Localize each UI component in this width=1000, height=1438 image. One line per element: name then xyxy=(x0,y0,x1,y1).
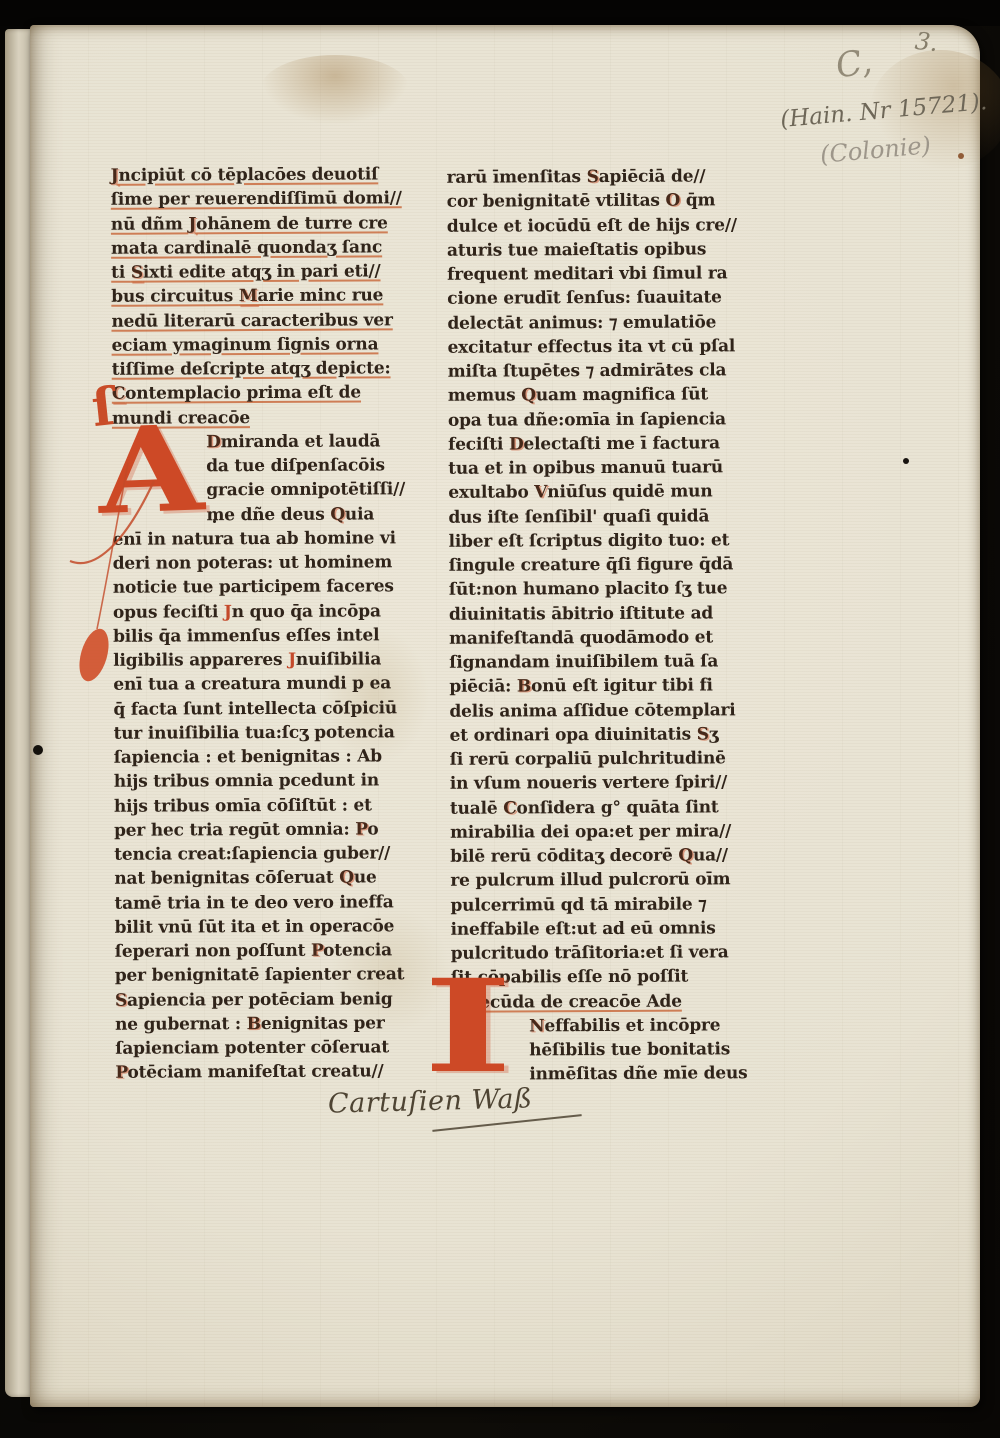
text-line: mata cardinalē quondaʒ ſanc xyxy=(111,235,416,261)
text-line: nū dñm Johānem de turre cre xyxy=(111,211,416,237)
text-line: liber eſt ſcriptus digito tuo: et xyxy=(448,528,753,554)
text-line: tencia creat:ſapiencia guber// xyxy=(114,841,419,867)
page-number-annotation: 3. xyxy=(914,27,940,57)
text-line: excitatur effectus ita vt cū pſal xyxy=(447,334,752,360)
text-line: Jncipiūt cō tēplacōes deuotiſ xyxy=(111,162,416,188)
top-edge-stain xyxy=(260,55,410,125)
text-line: delectāt animus: ⁊ emulatiōe xyxy=(447,310,752,336)
manuscript-page: Jncipiūt cō tēplacōes deuotiſſime per re… xyxy=(30,25,980,1407)
text-line: opa tua dñe:omīa in ſapiencia xyxy=(448,407,753,433)
text-line: me dñe deus Quia xyxy=(206,502,417,527)
inscription-flourish-line xyxy=(432,1114,581,1131)
text-line: ti Sixti edite atqʒ in pari eti// xyxy=(111,259,416,285)
text-line: per hec tria regūt omnia: Po xyxy=(114,817,419,843)
text-line: bus circuitus Marie minc rue xyxy=(111,283,416,309)
ownership-inscription: Cartuſien Waß xyxy=(328,1083,533,1119)
text-line: ſingule creature q̄ſi figure q̄dā xyxy=(449,552,754,578)
ink-speck-dot xyxy=(903,458,909,464)
small-ink-speck xyxy=(213,520,216,523)
text-line: manifeſtandā quodāmodo et xyxy=(449,625,754,651)
text-line: ſit cōpabilis eſſe nō poſſit xyxy=(451,964,756,990)
text-line: Neffabilis et incōpre xyxy=(529,1013,756,1038)
text-line: miſta ſtupētes ⁊ admirātes cla xyxy=(448,358,753,384)
text-line: exultabo Vniūſus quidē mun xyxy=(448,479,753,505)
text-line: pulcritudo trāſitoria:et ſi vera xyxy=(451,940,756,966)
text-line: Potēciam manifeſtat creatu// xyxy=(115,1059,420,1085)
text-line: cione erudīt ſenſus: ſuauitate xyxy=(447,285,752,311)
text-line: dus iſte ſenſibil' quaſi quidā xyxy=(448,504,753,530)
text-line: Contemplacio prima eſt de xyxy=(112,380,417,406)
text-line: q̄ facta ſunt intellecta cōſpiciū xyxy=(113,696,418,722)
text-line: noticie tue participem faceres xyxy=(113,574,418,600)
text-line: diuinitatis ābitrio iſtitute ad xyxy=(449,601,754,627)
text-line: mundi creacōe xyxy=(112,405,417,431)
text-line: bilē rerū cōditaʒ decorē Qua// xyxy=(450,843,755,869)
text-line: nat benignitas cōſeruat Que xyxy=(114,865,419,891)
text-line: per benignitatē ſapienter creat xyxy=(115,962,420,988)
text-column-right: rarū īmenſitas Sapiēciā de//cor benignit… xyxy=(447,164,757,1087)
text-line: ſeperari non poſſunt Potencia xyxy=(115,938,420,964)
text-line: opus feciſti Jn quo q̄a incōpa xyxy=(113,599,418,625)
text-line: enī tua a creatura mundi p ea xyxy=(113,671,418,697)
text-line: inmēſitas dñe mīe deus xyxy=(529,1061,756,1086)
text-line: hijs tribus omīa cōſiſtūt : et xyxy=(114,793,419,819)
text-line: piēciā: Bonū eſt igitur tibi fi xyxy=(449,673,754,699)
text-line: pulcerrimū qd tā mirabile ⁊ xyxy=(450,892,755,918)
text-line: et ordinari opa diuinitatis Sʒ xyxy=(450,722,755,748)
text-line: tur inuiſibilia tua:ſcʒ potencia xyxy=(114,720,419,746)
letter-mark-annotation: C, xyxy=(833,41,875,87)
text-line: hēſibilis tue bonitatis xyxy=(529,1037,756,1062)
text-line: rarū īmenſitas Sapiēciā de// xyxy=(447,164,752,190)
wormhole-dot xyxy=(33,745,43,755)
text-line: ſi rerū corpaliū pulchritudinē xyxy=(450,746,755,772)
photo-of-incunabulum-page: { "annotations": { "page_number": "3.", … xyxy=(0,0,1000,1438)
text-line: eciam ymaginum ſignis orna xyxy=(111,332,416,358)
text-line: ſime per reuerendiſſimū domi// xyxy=(111,186,416,212)
photo-top-edge xyxy=(0,0,1000,26)
text-line: gracie omnipotētiſſi// xyxy=(206,477,417,502)
text-line: Dmiranda et laudā xyxy=(206,429,417,454)
text-line: deri non poteras: ut hominem xyxy=(113,550,418,576)
text-line: hijs tribus omnia pcedunt in xyxy=(114,768,419,794)
text-column-left: Jncipiūt cō tēplacōes deuotiſſime per re… xyxy=(111,162,421,1085)
text-line: memus Quam magnifica ſūt xyxy=(448,382,753,408)
text-line: ſignandam inuiſibilem tuā ſa xyxy=(449,649,754,675)
text-line: bilit vnū ſūt ita et in operacōe xyxy=(115,914,420,940)
text-line: aturis tue maieſtatis opibus xyxy=(447,237,752,263)
text-line: frequent meditari vbi ſimul ra xyxy=(447,261,752,287)
text-line: dulce et iocūdū eſt de hijs cre// xyxy=(447,213,752,239)
text-line: mirabilia dei opa:et per mira// xyxy=(450,819,755,845)
text-line: cor benignitatē vtilitas O q̄m xyxy=(447,188,752,214)
text-line: ¶ Secūda de creacōe Ade xyxy=(451,989,756,1015)
text-line: delis anima aſſidue cōtemplari xyxy=(449,698,754,724)
text-line: ligibilis appareres Jnuiſibilia xyxy=(113,647,418,673)
text-line: tamē tria in te deo vero ineffa xyxy=(114,890,419,916)
text-line: Sapiencia per potēciam benig xyxy=(115,987,420,1013)
text-line: nedū literarū caracteribus ver xyxy=(111,308,416,334)
text-line: da tue diſpenſacōis xyxy=(206,453,417,478)
text-line: ne gubernat : Benignitas per xyxy=(115,1011,420,1037)
text-line: ineffabile eſt:ut ad eū omnis xyxy=(451,916,756,942)
rust-spot xyxy=(958,153,964,159)
text-line: ſapienciam potenter cōſeruat xyxy=(115,1035,420,1061)
text-line: ſūt:non humano placito ſʒ tue xyxy=(449,576,754,602)
text-line: tualē Conſidera g° quāta ſint xyxy=(450,795,755,821)
text-line: tua et in opibus manuū tuarū xyxy=(448,455,753,481)
text-line: tiſſime deſcripte atqʒ depicte: xyxy=(112,356,417,382)
text-line: re pulcrum illud pulcrorū oīm xyxy=(450,867,755,893)
text-line: enī in natura tua ab homine vi xyxy=(112,526,417,552)
text-line: ſapiencia : et benignitas : Ab xyxy=(114,744,419,770)
text-line: bilis q̄a immenſus eſſes intel xyxy=(113,623,418,649)
text-line: in vſum noueris vertere ſpiri// xyxy=(450,770,755,796)
text-line: feciſti Delectaſti me ī factura xyxy=(448,431,753,457)
